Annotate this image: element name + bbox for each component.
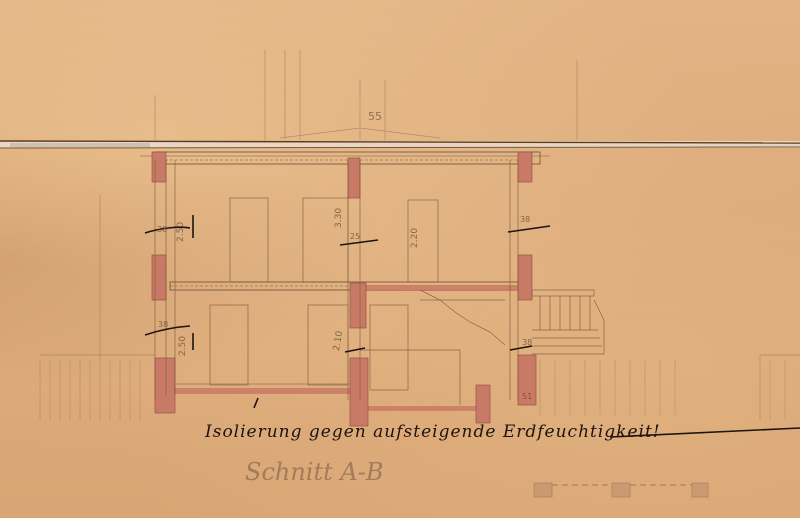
paper-fold-crease: [0, 141, 800, 148]
moisture-insulation-note: Isolierung gegen aufsteigende Erdfeuchti…: [205, 422, 661, 442]
top-mark-label: 55: [368, 110, 382, 123]
roof-slab: [140, 152, 550, 164]
dim-lower-right-wall: 38: [522, 338, 532, 347]
exterior-stairs: [532, 290, 604, 354]
section-title: Schnitt A-B: [245, 458, 383, 486]
dim-upper-mid-height: 3.30: [334, 208, 344, 228]
drawing-sheet: 55 2.50 38 3.30 25 2.20 38 2.50 38 2.10 …: [0, 0, 800, 518]
floor-slab-lower: [175, 384, 480, 411]
dim-upper-left-wall: 38: [157, 225, 167, 234]
dim-upper-right-wall: 38: [520, 215, 530, 224]
dim-lower-left-wall: 38: [158, 320, 168, 329]
scale-bar: [534, 483, 708, 497]
dim-upper-mid-wall: 25: [350, 232, 360, 241]
dim-upper-right-height: 2.20: [410, 228, 420, 248]
dim-upper-left-height: 2.50: [176, 222, 186, 242]
dim-lower-left-height: 2.50: [178, 336, 188, 356]
wall-outlines: [155, 160, 518, 405]
ink-markings: [145, 215, 800, 437]
construction-lines: [40, 50, 800, 420]
dim-foundation-right: 51: [522, 392, 532, 401]
